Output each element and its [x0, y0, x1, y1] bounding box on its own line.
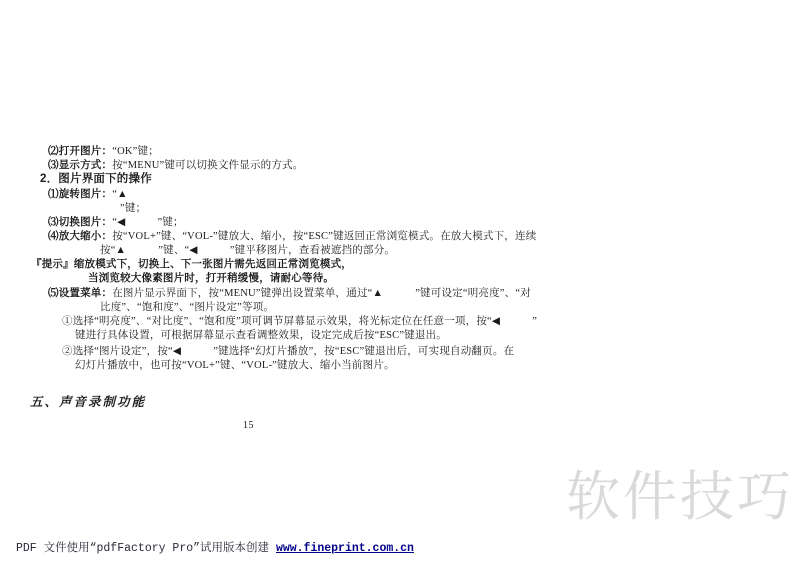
text-line: ⑶切换图片：“◀ ”键；	[48, 217, 184, 229]
line-text: ①选择“明亮度”、“对比度”、“饱和度”项可调节屏幕显示效果，将光标定位在任意一…	[62, 316, 537, 327]
line-text: “OK”键；	[112, 146, 159, 157]
text-line: 键进行具体设置，可根据屏幕显示查看调整效果，设定完成后按“ESC”键退出。	[75, 330, 447, 342]
text-line: ②选择“图片设定”，按“◀ ”键选择“幻灯片播放”，按“ESC”键退出后，可实现…	[62, 346, 514, 358]
footer-link[interactable]: www.fineprint.com.cn	[276, 542, 414, 555]
footer-text: PDF 文件使用“pdfFactory Pro”试用版本创建	[16, 542, 276, 555]
line-text: 缩放模式下，切换上、下一张图片需先返回正常浏览模式，	[74, 258, 352, 270]
line-label: 『提示』	[31, 258, 74, 270]
line-text: 按“MENU”键可以切换文件显示的方式。	[112, 160, 303, 171]
line-label: ⑸设置菜单：	[48, 287, 112, 299]
line-text: “▲	[112, 189, 127, 200]
line-text: 比度”、“饱和度”、“图片设定”等项。	[100, 302, 274, 313]
watermark-text: 软件技巧	[566, 470, 794, 524]
line-text: ”键；	[120, 203, 146, 214]
line-text: 按“VOL+”键、“VOL-”键放大、缩小，按“ESC”键返回正常浏览模式。在放…	[112, 231, 536, 242]
text-line: ⑸设置菜单：在图片显示界面下，按“MENU”键弹出设置菜单，通过“▲ ”键可设定…	[48, 288, 531, 300]
section-heading: 五、声音录制功能	[30, 392, 146, 410]
line-label: 2．图片界面下的操作	[40, 173, 152, 185]
text-line: 按“▲ ”键、“◀ ”键平移图片，查看被遮挡的部分。	[100, 245, 395, 257]
page-number: 15	[243, 420, 254, 431]
text-line: ”键；	[120, 203, 146, 215]
line-text: ②选择“图片设定”，按“◀ ”键选择“幻灯片播放”，按“ESC”键退出后，可实现…	[62, 346, 514, 357]
line-label: ⑶显示方式：	[48, 159, 112, 171]
text-line: ⑷放大缩小：按“VOL+”键、“VOL-”键放大、缩小，按“ESC”键返回正常浏…	[48, 231, 536, 243]
text-line: ⑶显示方式：按“MENU”键可以切换文件显示的方式。	[48, 160, 303, 172]
line-label: ⑶切换图片：	[48, 216, 112, 228]
text-line: 幻灯片播放中，也可按“VOL+”键、“VOL-”键放大、缩小当前图片。	[75, 360, 395, 372]
line-text: 按“▲ ”键、“◀ ”键平移图片，查看被遮挡的部分。	[100, 245, 395, 256]
line-text: 幻灯片播放中，也可按“VOL+”键、“VOL-”键放大、缩小当前图片。	[75, 360, 395, 371]
line-label: ⑷放大缩小：	[48, 230, 112, 242]
subsection-heading: 2．图片界面下的操作	[40, 173, 152, 186]
line-label: ⑴旋转图片：	[48, 188, 112, 200]
text-line: ⑴旋转图片：“▲	[48, 189, 128, 201]
footer: PDF 文件使用“pdfFactory Pro”试用版本创建 www.finep…	[16, 539, 414, 555]
line-text: 当浏览较大像素图片时，打开稍缓慢，请耐心等待。	[88, 272, 334, 284]
text-line: 比度”、“饱和度”、“图片设定”等项。	[100, 302, 274, 314]
line-label: ⑵打开图片：	[48, 145, 112, 157]
tip-line: 『提示』缩放模式下，切换上、下一张图片需先返回正常浏览模式，	[31, 259, 352, 271]
line-text: “◀ ”键；	[112, 217, 184, 228]
line-text: 在图片显示界面下，按“MENU”键弹出设置菜单，通过“▲ ”键可设定“明亮度”、…	[112, 288, 531, 299]
tip-line: 当浏览较大像素图片时，打开稍缓慢，请耐心等待。	[88, 273, 334, 285]
line-text: 键进行具体设置，可根据屏幕显示查看调整效果，设定完成后按“ESC”键退出。	[75, 330, 447, 341]
document-page: ⑵打开图片：“OK”键； ⑶显示方式：按“MENU”键可以切换文件显示的方式。 …	[0, 0, 800, 566]
text-line: ⑵打开图片：“OK”键；	[48, 146, 159, 158]
text-line: ①选择“明亮度”、“对比度”、“饱和度”项可调节屏幕显示效果，将光标定位在任意一…	[62, 316, 537, 328]
